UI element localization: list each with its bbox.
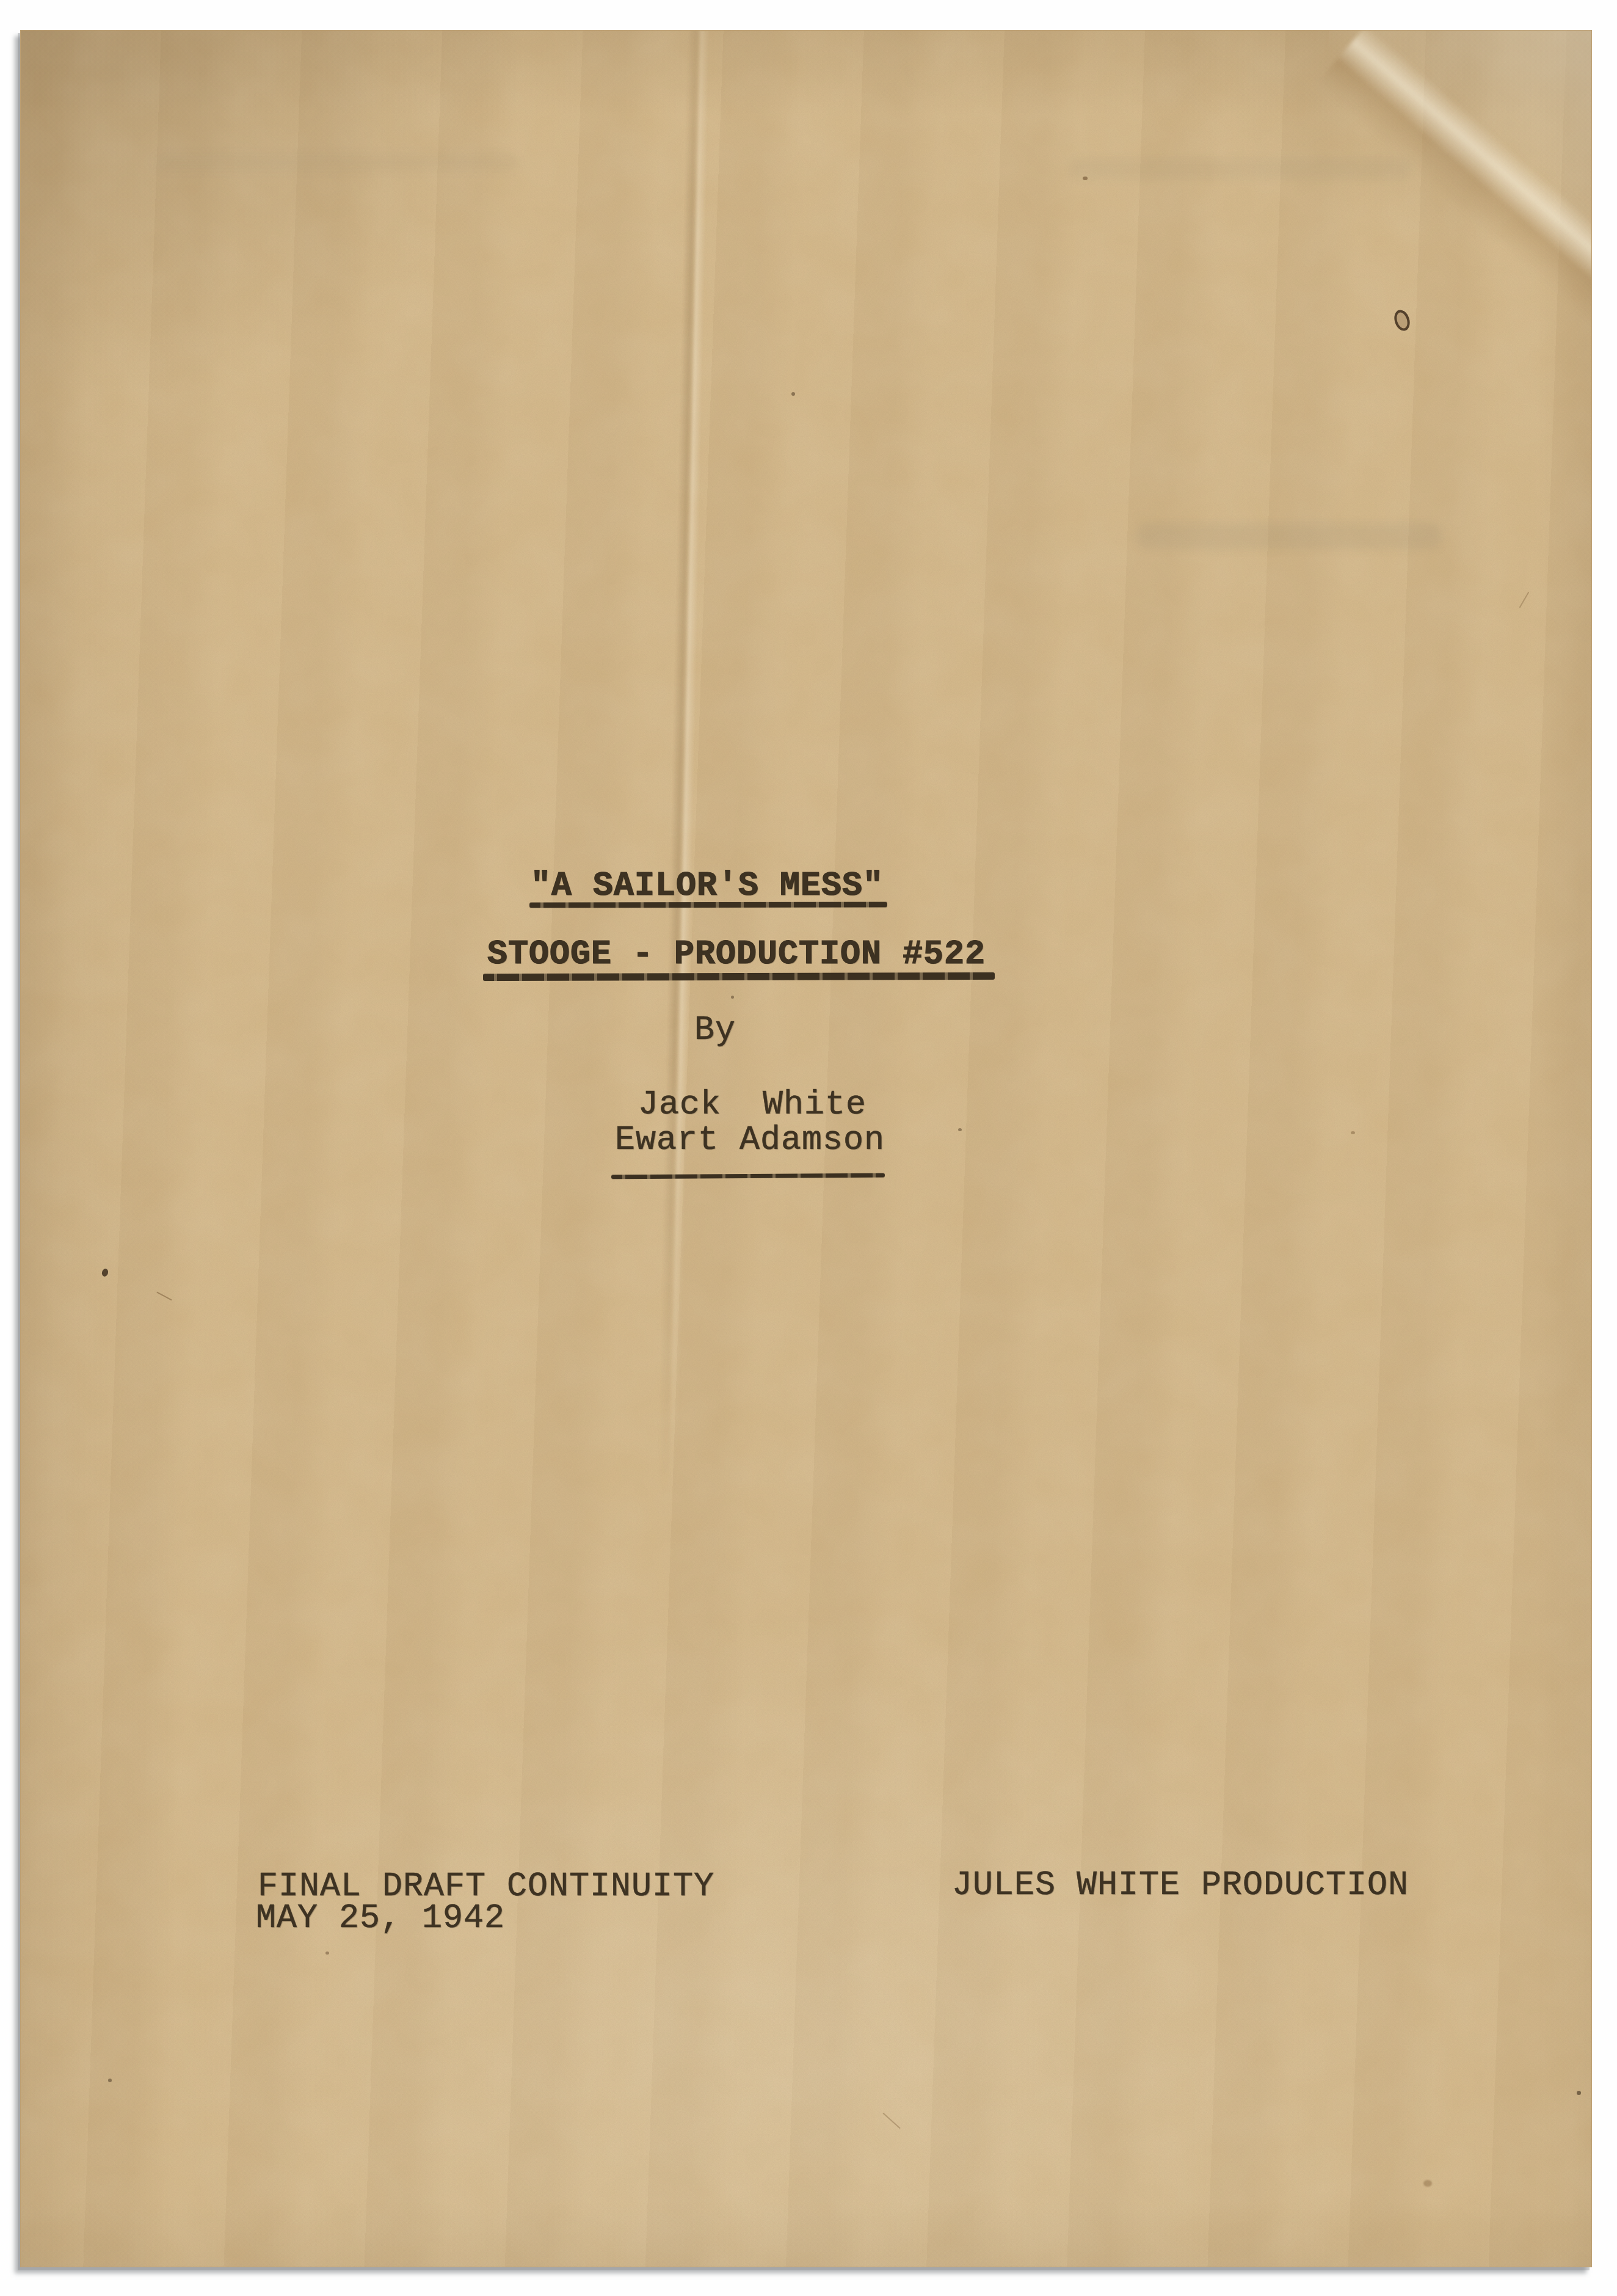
ink-ring-mark (1392, 308, 1412, 333)
top-right-corner-highlight (1329, 31, 1591, 269)
author-name-2: Ewart Adamson (615, 1123, 885, 1157)
production-company-line: JULES WHITE PRODUCTION (952, 1868, 1409, 1902)
paper-fiber (882, 2113, 901, 2129)
paper-speck (1577, 2091, 1581, 2095)
scan-background: { "document": { "title": "\"A SAILOR'S M… (0, 0, 1617, 2296)
ink-bleedthrough-band (1136, 523, 1442, 549)
paper-speck (958, 1128, 962, 1131)
paper-fiber (1519, 592, 1530, 608)
authors-underline (611, 1173, 885, 1179)
script-title: "A SAILOR'S MESS" (531, 869, 884, 903)
paper-speck (1083, 177, 1088, 180)
paper-speck (731, 996, 734, 999)
production-underline (483, 972, 995, 981)
paper-sheet: "A SAILOR'S MESS" STOOGE - PRODUCTION #5… (20, 30, 1592, 2267)
production-number-line: STOOGE - PRODUCTION #522 (487, 938, 986, 971)
ink-bleedthrough-band (153, 153, 520, 172)
draft-status-line: FINAL DRAFT CONTINUITY (258, 1870, 714, 1903)
byline: By (694, 1013, 736, 1047)
top-right-corner-crease (1315, 30, 1592, 333)
draft-date-line: MAY 25, 1942 (256, 1901, 505, 1935)
paper-speck (108, 2079, 112, 2082)
paper-fiber (156, 1292, 172, 1301)
paper-speck (101, 1268, 109, 1277)
center-fold-crease (657, 31, 710, 1496)
title-underline (529, 902, 887, 908)
paper-speck (325, 1952, 329, 1955)
paper-speck (1351, 1131, 1355, 1134)
paper-speck (791, 392, 795, 396)
paper-smudge (1423, 2180, 1432, 2187)
author-name-1: Jack White (638, 1088, 867, 1121)
ink-bleedthrough-band (1069, 158, 1411, 179)
